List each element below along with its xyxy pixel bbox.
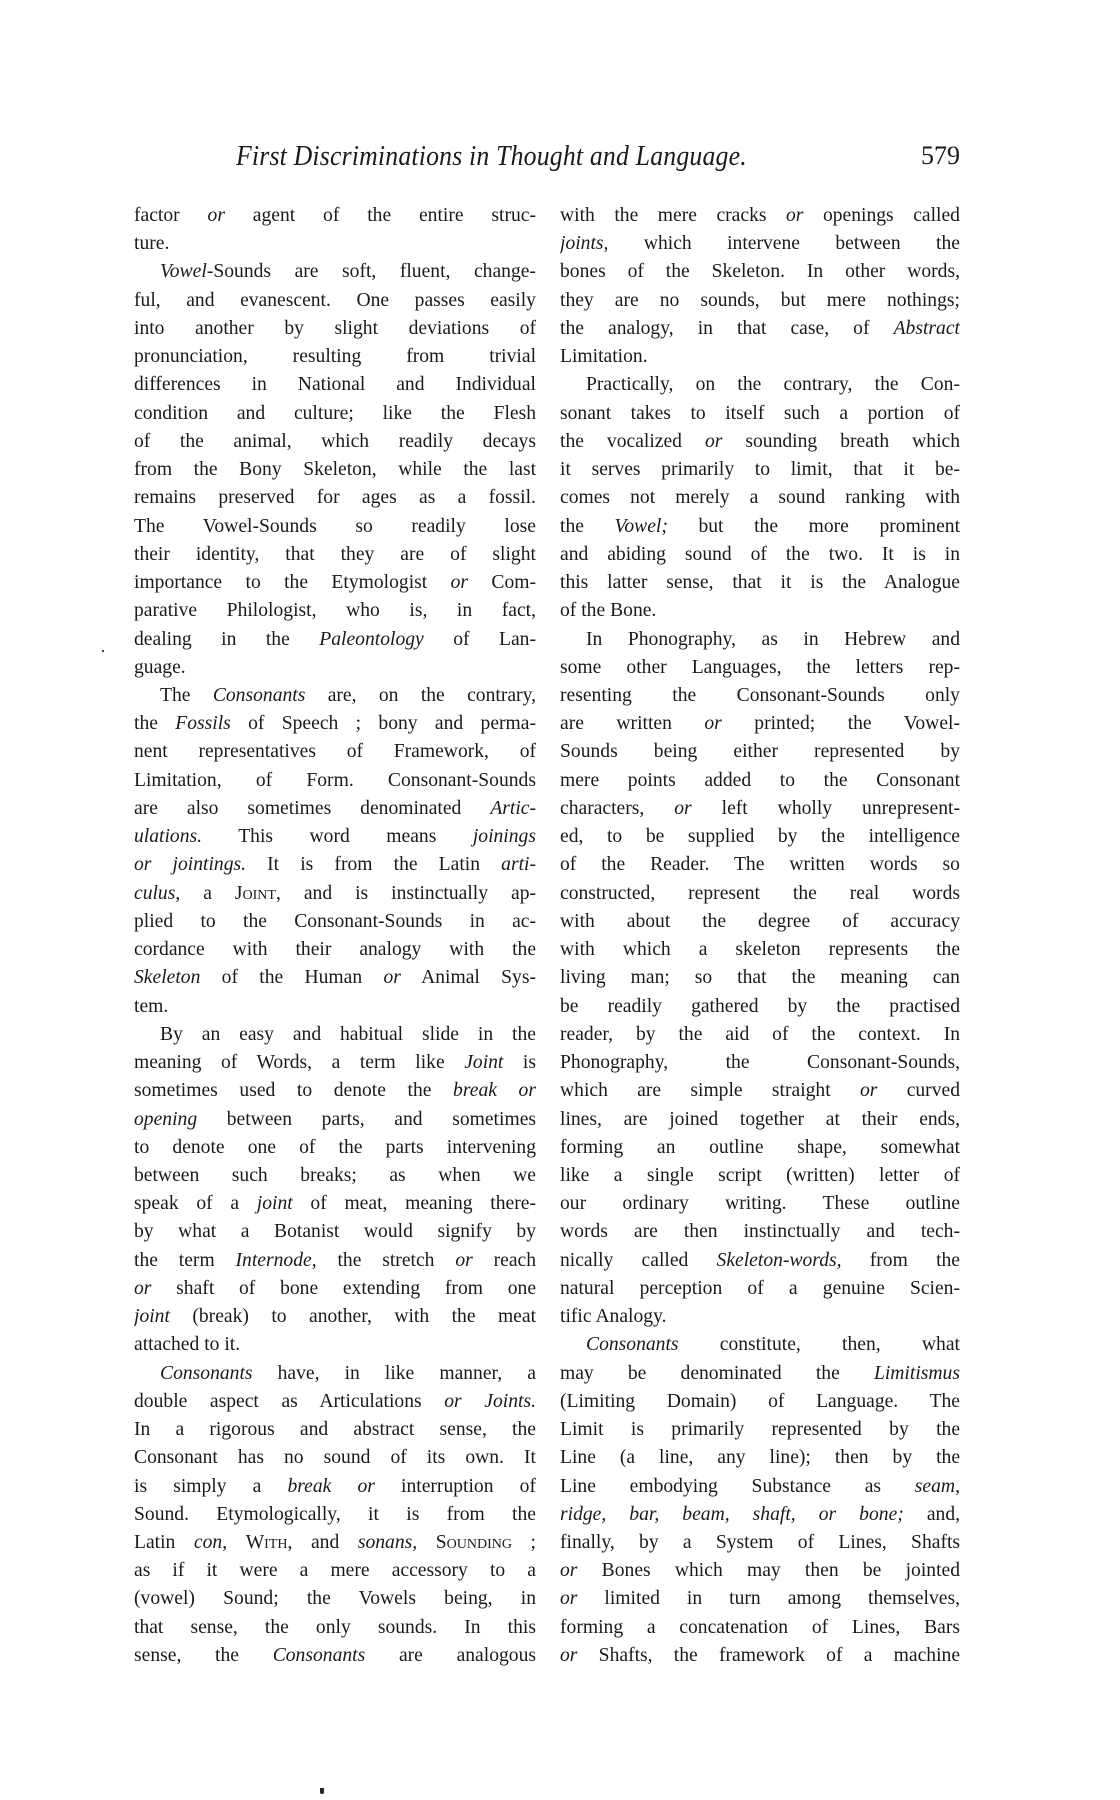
text-line: ed, to be supplied by the intelligence — [560, 823, 960, 851]
text-line: be readily gathered by the practised — [560, 993, 960, 1021]
text-line: constructed, represent the real words — [560, 880, 960, 908]
text-line: guage. — [134, 654, 536, 682]
text-line: or Shafts, the framework of a machine — [560, 1642, 960, 1670]
right-column: with the mere cracks or openings calledj… — [560, 202, 960, 1670]
text-line: In Phonography, as in Hebrew and — [560, 626, 960, 654]
text-line: and abiding sound of the two. It is in — [560, 541, 960, 569]
text-line: are also sometimes denominated Artic- — [134, 795, 536, 823]
text-line: Consonants constitute, then, what — [560, 1331, 960, 1359]
text-line: to denote one of the parts intervening — [134, 1134, 536, 1162]
text-line: or jointings. It is from the Latin arti- — [134, 851, 536, 879]
text-line: like a single script (written) letter of — [560, 1162, 960, 1190]
text-line: with which a skeleton represents the — [560, 936, 960, 964]
text-line: this latter sense, that it is the Analog… — [560, 569, 960, 597]
text-line: ulations. This word means joinings — [134, 823, 536, 851]
text-line: The Vowel-Sounds so readily lose — [134, 513, 536, 541]
text-line: Practically, on the contrary, the Con- — [560, 371, 960, 399]
text-line: Consonant has no sound of its own. It — [134, 1444, 536, 1472]
running-head: First Discriminations in Thought and Lan… — [236, 141, 960, 177]
text-line: ful, and evanescent. One passes easily — [134, 287, 536, 315]
text-line: condition and culture; like the Flesh — [134, 400, 536, 428]
text-line: The Consonants are, on the contrary, — [134, 682, 536, 710]
text-line: plied to the Consonant-Sounds in ac- — [134, 908, 536, 936]
text-line: joint (break) to another, with the meat — [134, 1303, 536, 1331]
text-line: characters, or left wholly unrepresent- — [560, 795, 960, 823]
text-line: may be denominated the Limitismus — [560, 1360, 960, 1388]
text-line: (Limiting Domain) of Language. The — [560, 1388, 960, 1416]
text-line: of the Bone. — [560, 597, 960, 625]
text-line: it serves primarily to limit, that it be… — [560, 456, 960, 484]
text-line: the Vowel; but the more prominent — [560, 513, 960, 541]
text-line: nically called Skeleton-words, from the — [560, 1247, 960, 1275]
text-line: or limited in turn among themselves, — [560, 1585, 960, 1613]
text-line: Sounds being either represented by — [560, 738, 960, 766]
text-line: Skeleton of the Human or Animal Sys- — [134, 964, 536, 992]
text-line: sometimes used to denote the break or — [134, 1077, 536, 1105]
text-line: Consonants have, in like manner, a — [134, 1360, 536, 1388]
text-line: between such breaks; as when we — [134, 1162, 536, 1190]
text-line: with the mere cracks or openings called — [560, 202, 960, 230]
page-number: 579 — [921, 141, 960, 171]
text-line: Sound. Etymologically, it is from the — [134, 1501, 536, 1529]
left-column: factor or agent of the entire struc-ture… — [134, 202, 536, 1670]
text-line: double aspect as Articulations or Joints… — [134, 1388, 536, 1416]
text-line: speak of a joint of meat, meaning there- — [134, 1190, 536, 1218]
text-line: Limitation, of Form. Consonant-Sounds — [134, 767, 536, 795]
text-line: forming a concatenation of Lines, Bars — [560, 1614, 960, 1642]
text-line: nent representatives of Framework, of — [134, 738, 536, 766]
text-line: (vowel) Sound; the Vowels being, in — [134, 1585, 536, 1613]
text-line: opening between parts, and sometimes — [134, 1106, 536, 1134]
text-line: pronunciation, resulting from trivial — [134, 343, 536, 371]
text-line: the vocalized or sounding breath which — [560, 428, 960, 456]
text-line: ridge, bar, beam, shaft, or bone; and, — [560, 1501, 960, 1529]
margin-dot-mark — [102, 650, 104, 652]
text-line: meaning of Words, a term like Joint is — [134, 1049, 536, 1077]
text-line: Phonography, the Consonant-Sounds, — [560, 1049, 960, 1077]
text-line: ture. — [134, 230, 536, 258]
text-line: they are no sounds, but mere nothings; — [560, 287, 960, 315]
text-line: importance to the Etymologist or Com- — [134, 569, 536, 597]
text-line: finally, by a System of Lines, Shafts — [560, 1529, 960, 1557]
text-line: of the animal, which readily decays — [134, 428, 536, 456]
text-line: our ordinary writing. These outline — [560, 1190, 960, 1218]
running-title: First Discriminations in Thought and Lan… — [236, 141, 747, 173]
text-line: the Fossils of Speech ; bony and perma- — [134, 710, 536, 738]
text-line: sonant takes to itself such a portion of — [560, 400, 960, 428]
text-line: or Bones which may then be jointed — [560, 1557, 960, 1585]
text-line: forming an outline shape, somewhat — [560, 1134, 960, 1162]
text-line: with about the degree of accuracy — [560, 908, 960, 936]
text-line: Line embodying Substance as seam, — [560, 1473, 960, 1501]
text-line: into another by slight deviations of — [134, 315, 536, 343]
text-line: some other Languages, the letters rep- — [560, 654, 960, 682]
text-line: words are then instinctually and tech- — [560, 1218, 960, 1246]
text-line: By an easy and habitual slide in the — [134, 1021, 536, 1049]
text-line: culus, a Joint, and is instinctually ap- — [134, 880, 536, 908]
text-line: reader, by the aid of the context. In — [560, 1021, 960, 1049]
text-line: of the Reader. The written words so — [560, 851, 960, 879]
text-line: which are simple straight or curved — [560, 1077, 960, 1105]
text-line: dealing in the Paleontology of Lan- — [134, 626, 536, 654]
text-line: Latin con, With, and sonans, Sounding ; — [134, 1529, 536, 1557]
text-line: Line (a line, any line); then by the — [560, 1444, 960, 1472]
text-line: are written or printed; the Vowel- — [560, 710, 960, 738]
text-line: the analogy, in that case, of Abstract — [560, 315, 960, 343]
text-line: living man; so that the meaning can — [560, 964, 960, 992]
text-line: comes not merely a sound ranking with — [560, 484, 960, 512]
text-line: mere points added to the Consonant — [560, 767, 960, 795]
text-line: joints, which intervene between the — [560, 230, 960, 258]
bottom-printer-mark — [320, 1788, 324, 1794]
text-line: Vowel-Sounds are soft, fluent, change- — [134, 258, 536, 286]
text-line: natural perception of a genuine Scien- — [560, 1275, 960, 1303]
text-line: bones of the Skeleton. In other words, — [560, 258, 960, 286]
text-line: differences in National and Individual — [134, 371, 536, 399]
text-line: as if it were a mere accessory to a — [134, 1557, 536, 1585]
text-line: from the Bony Skeleton, while the last — [134, 456, 536, 484]
text-line: Limitation. — [560, 343, 960, 371]
text-line: is simply a break or interruption of — [134, 1473, 536, 1501]
text-line: that sense, the only sounds. In this — [134, 1614, 536, 1642]
text-line: cordance with their analogy with the — [134, 936, 536, 964]
text-line: the term Internode, the stretch or reach — [134, 1247, 536, 1275]
text-line: In a rigorous and abstract sense, the — [134, 1416, 536, 1444]
text-line: tific Analogy. — [560, 1303, 960, 1331]
text-line: their identity, that they are of slight — [134, 541, 536, 569]
text-line: factor or agent of the entire struc- — [134, 202, 536, 230]
text-line: by what a Botanist would signify by — [134, 1218, 536, 1246]
text-line: sense, the Consonants are analogous — [134, 1642, 536, 1670]
text-line: Limit is primarily represented by the — [560, 1416, 960, 1444]
text-line: tem. — [134, 993, 536, 1021]
text-line: or shaft of bone extending from one — [134, 1275, 536, 1303]
text-line: remains preserved for ages as a fossil. — [134, 484, 536, 512]
text-line: resenting the Consonant-Sounds only — [560, 682, 960, 710]
text-line: lines, are joined together at their ends… — [560, 1106, 960, 1134]
text-line: parative Philologist, who is, in fact, — [134, 597, 536, 625]
text-line: attached to it. — [134, 1331, 536, 1359]
